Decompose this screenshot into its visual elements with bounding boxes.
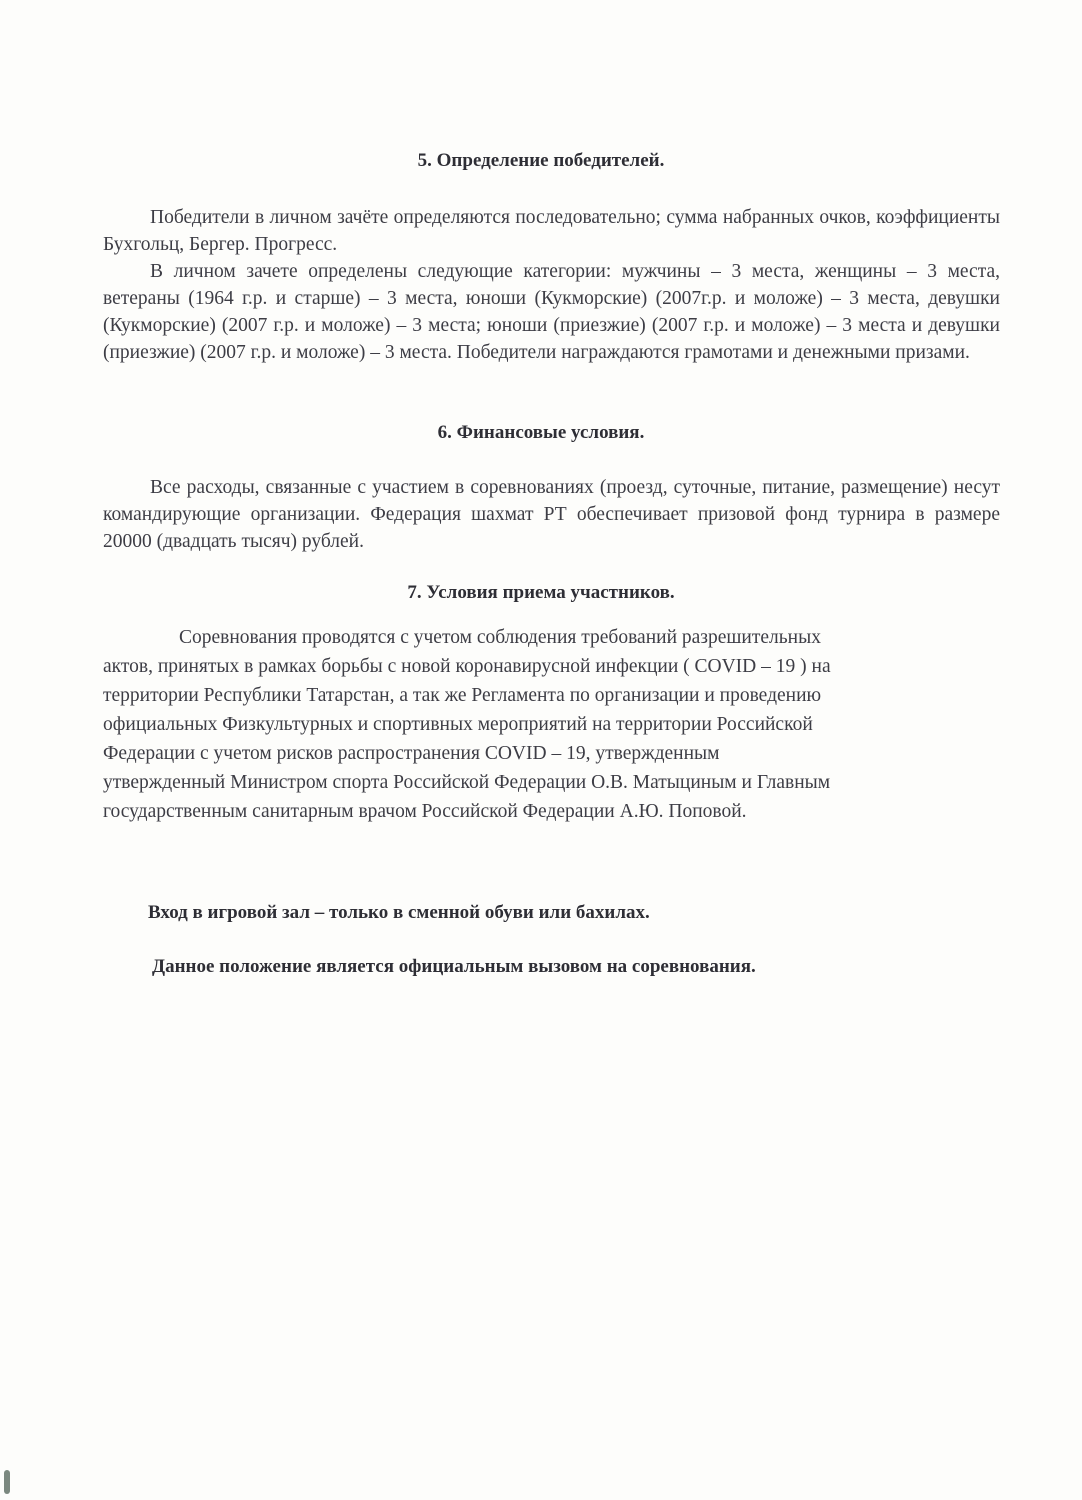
section-5-title: 5. Определение победителей. <box>0 150 1082 172</box>
section-7-line-3: территории Республики Татарстан, а так ж… <box>103 681 1000 710</box>
document-page: 5. Определение победителей. Победители в… <box>0 0 1082 1500</box>
section-5-body: Победители в личном зачёте определяются … <box>103 204 1000 366</box>
entry-rule-note: Вход в игровой зал – только в сменной об… <box>148 902 650 924</box>
section-5-paragraph-2: В личном зачете определены следующие кат… <box>103 258 1000 366</box>
section-6-title: 6. Финансовые условия. <box>0 422 1082 444</box>
section-7-body: Соревнования проводятся с учетом соблюде… <box>103 623 1000 826</box>
section-7-line-2: актов, принятых в рамках борьбы с новой … <box>103 652 1000 681</box>
scan-artifact <box>4 1470 10 1494</box>
section-7-line-7: государственным санитарным врачом Россий… <box>103 797 1000 826</box>
official-call-note: Данное положение является официальным вы… <box>152 956 756 978</box>
section-6-body: Все расходы, связанные с участием в соре… <box>103 474 1000 555</box>
section-7-title: 7. Условия приема участников. <box>0 582 1082 604</box>
section-7-line-5: Федерации с учетом рисков распространени… <box>103 739 1000 768</box>
section-7-line-6: утвержденный Министром спорта Российской… <box>103 768 1000 797</box>
section-7-line-4: официальных Физкультурных и спортивных м… <box>103 710 1000 739</box>
section-7-line-1: Соревнования проводятся с учетом соблюде… <box>103 623 1000 652</box>
section-6-paragraph-1: Все расходы, связанные с участием в соре… <box>103 474 1000 555</box>
section-5-paragraph-1: Победители в личном зачёте определяются … <box>103 204 1000 258</box>
